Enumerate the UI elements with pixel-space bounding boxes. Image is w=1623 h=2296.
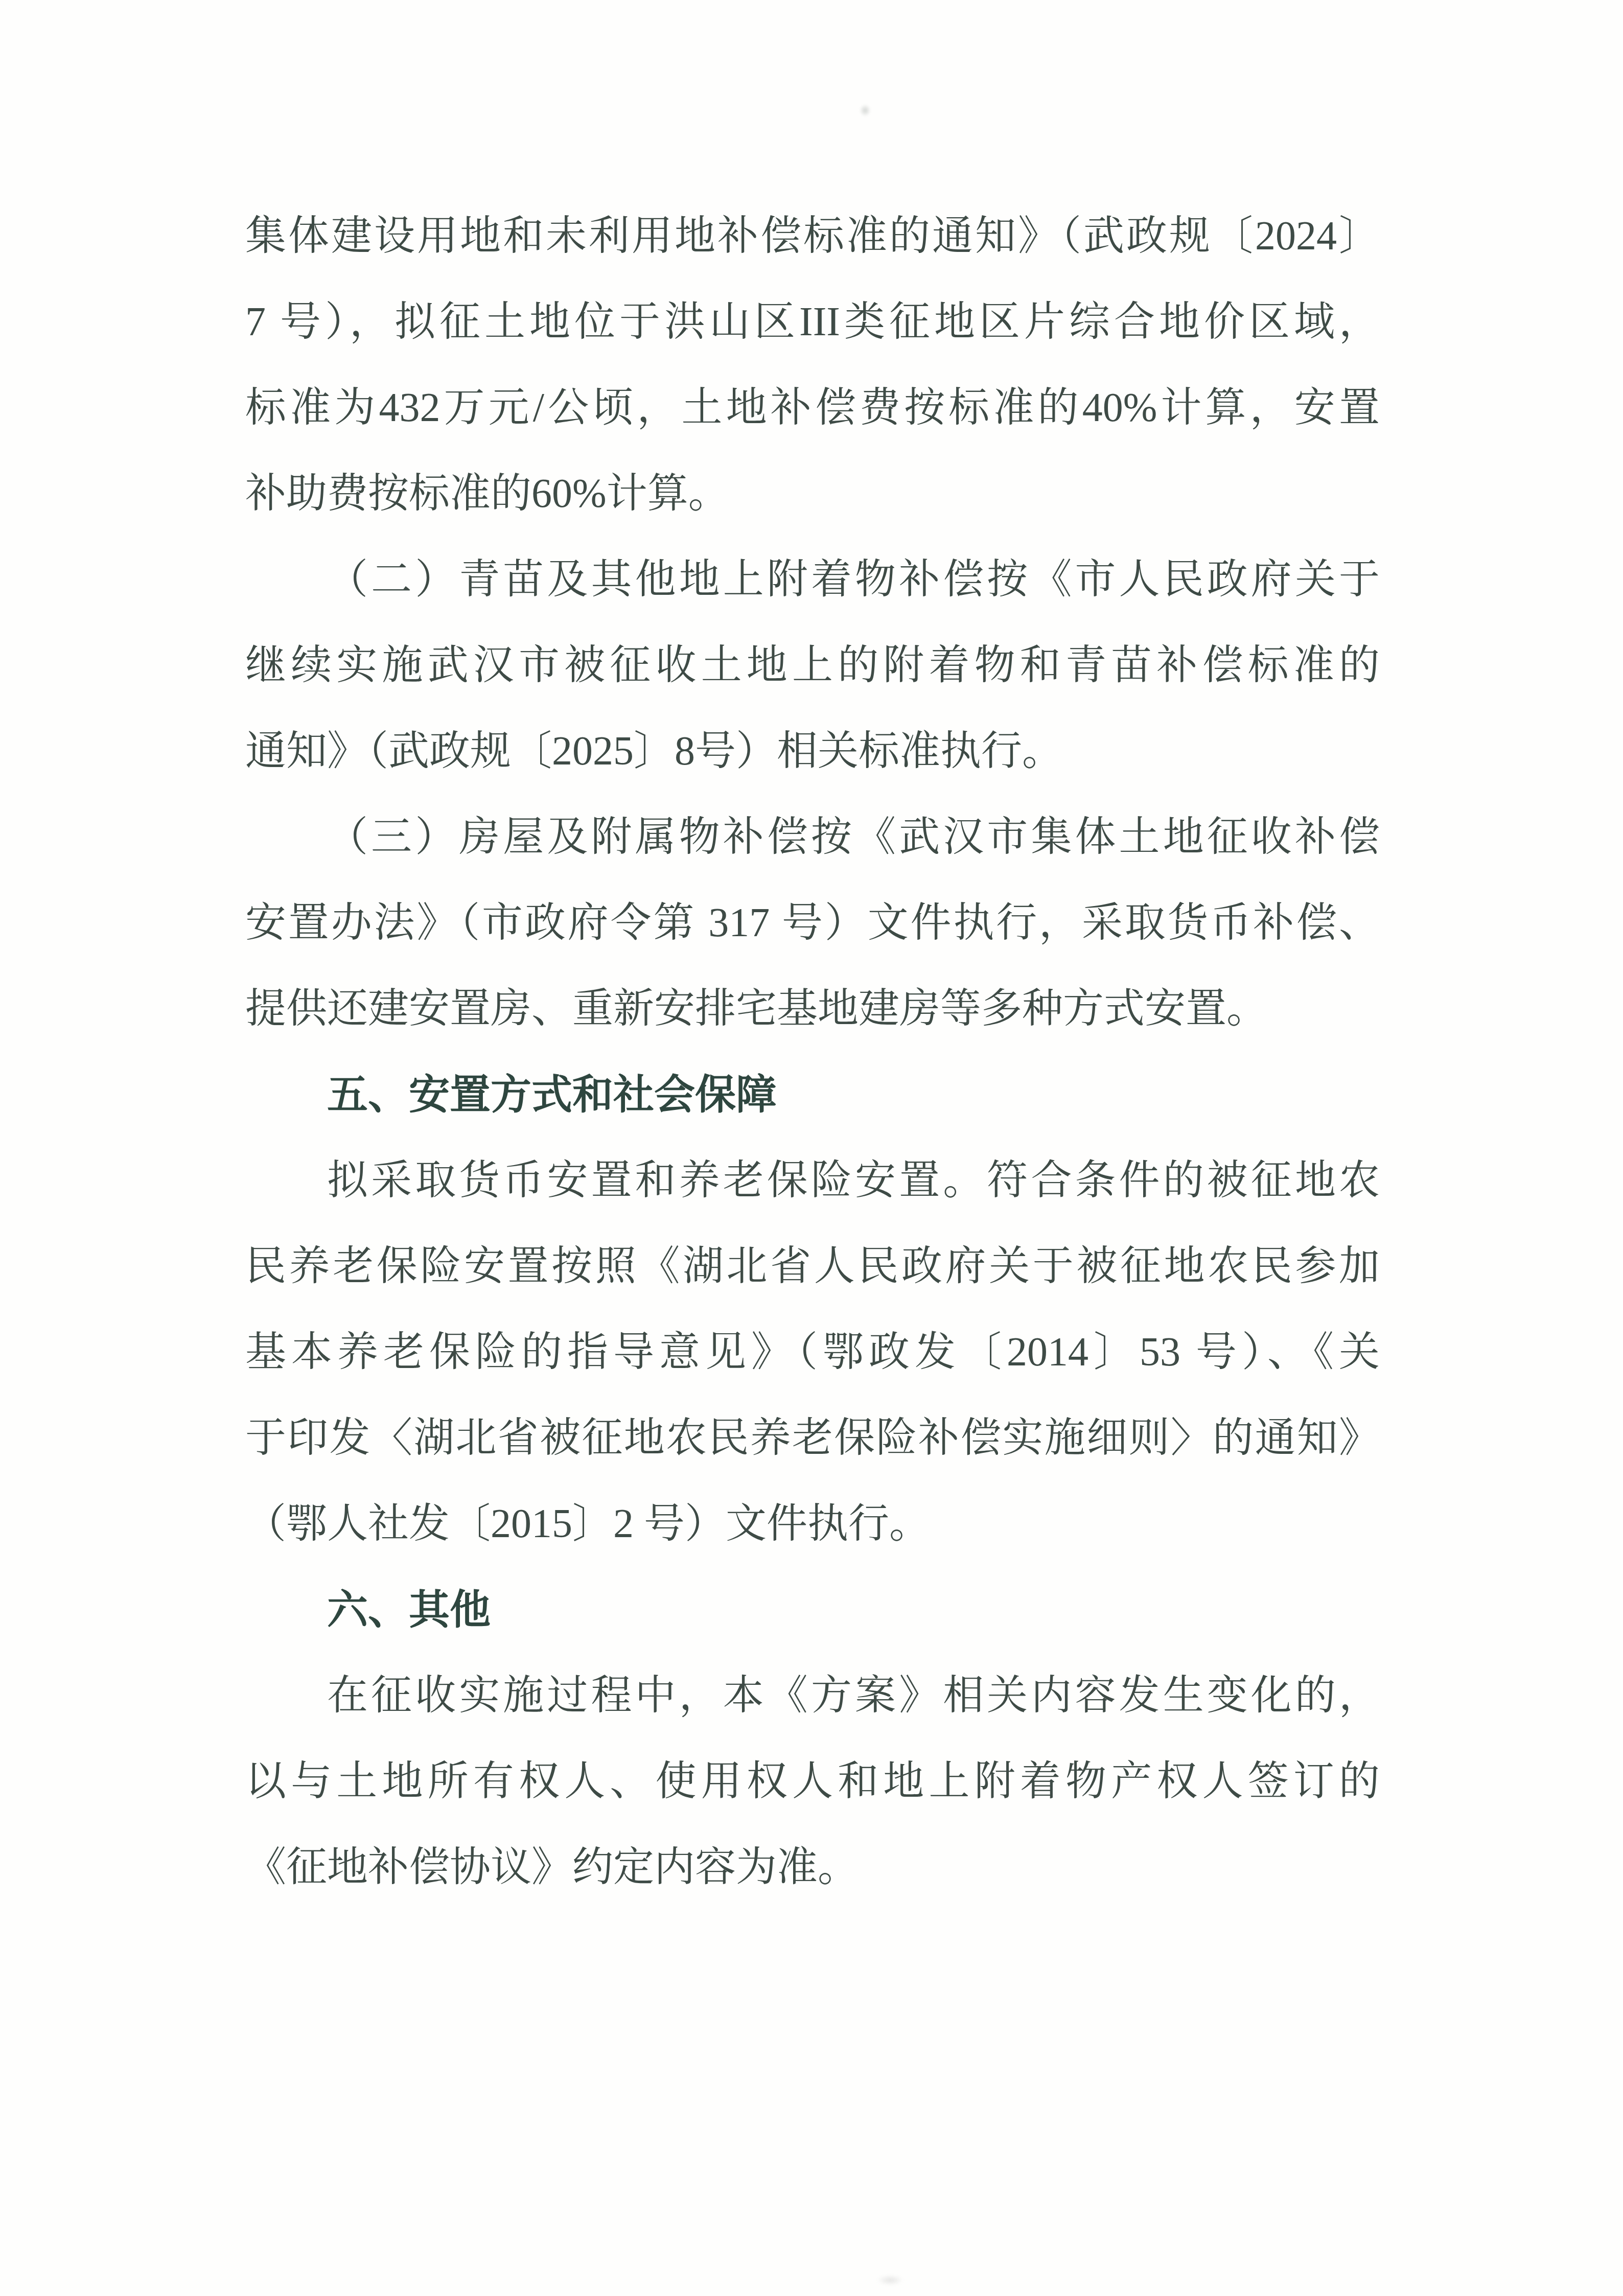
text-line: 补助费按标准的60%计算。 <box>245 451 1380 537</box>
text-line: 7 号），拟征土地位于洪山区III类征地区片综合地价区域， <box>245 279 1380 365</box>
paragraph: 在征收实施过程中，本《方案》相关内容发生变化的，以与土地所有权人、使用权人和地上… <box>245 1653 1380 1910</box>
paragraph: （三）房屋及附属物补偿按《武汉市集体土地征收补偿安置办法》（市政府令第 317 … <box>245 794 1380 1052</box>
paragraph: （二）青苗及其他地上附着物补偿按《市人民政府关于继续实施武汉市被征收土地上的附着… <box>245 537 1380 794</box>
scan-smudge-top <box>860 104 871 117</box>
text-line: 基本养老保险的指导意见》（鄂政发〔2014〕53 号）、《关 <box>245 1309 1380 1395</box>
text-line: 以与土地所有权人、使用权人和地上附着物产权人签订的 <box>245 1738 1380 1824</box>
text-line: 《征地补偿协议》约定内容为准。 <box>245 1824 1380 1910</box>
paragraph: 拟采取货币安置和养老保险安置。符合条件的被征地农民养老保险安置按照《湖北省人民政… <box>245 1138 1380 1567</box>
text-line: （二）青苗及其他地上附着物补偿按《市人民政府关于 <box>245 537 1380 622</box>
text-line: （三）房屋及附属物补偿按《武汉市集体土地征收补偿 <box>245 794 1380 880</box>
text-line: 在征收实施过程中，本《方案》相关内容发生变化的， <box>245 1653 1380 1738</box>
text-line: 继续实施武汉市被征收土地上的附着物和青苗补偿标准的 <box>245 622 1380 708</box>
text-line: 通知》（武政规〔2025〕8号）相关标准执行。 <box>245 708 1380 794</box>
text-line: 拟采取货币安置和养老保险安置。符合条件的被征地农 <box>245 1138 1380 1223</box>
text-line: 集体建设用地和未利用地补偿标准的通知》（武政规〔2024〕 <box>245 193 1380 279</box>
text-line: 提供还建安置房、重新安排宅基地建房等多种方式安置。 <box>245 966 1380 1052</box>
text-line: （鄂人社发〔2015〕2 号）文件执行。 <box>245 1481 1380 1567</box>
section-heading-text: 六、其他 <box>245 1567 1380 1653</box>
scan-smudge-bottom <box>877 2275 903 2285</box>
section-heading-text: 五、安置方式和社会保障 <box>245 1052 1380 1138</box>
document-page: { "theme": { "page_background": "#fefefd… <box>0 0 1623 2296</box>
document-text-block: 集体建设用地和未利用地补偿标准的通知》（武政规〔2024〕7 号），拟征土地位于… <box>245 193 1380 1910</box>
section-heading: 五、安置方式和社会保障 <box>245 1052 1380 1138</box>
text-line: 民养老保险安置按照《湖北省人民政府关于被征地农民参加 <box>245 1223 1380 1309</box>
text-line: 于印发〈湖北省被征地农民养老保险补偿实施细则〉的通知》 <box>245 1395 1380 1481</box>
page-canvas: 集体建设用地和未利用地补偿标准的通知》（武政规〔2024〕7 号），拟征土地位于… <box>0 0 1623 2296</box>
text-line: 标准为432万元/公顷，土地补偿费按标准的40%计算，安置 <box>245 365 1380 451</box>
paragraph: 集体建设用地和未利用地补偿标准的通知》（武政规〔2024〕7 号），拟征土地位于… <box>245 193 1380 537</box>
text-line: 安置办法》（市政府令第 317 号）文件执行，采取货币补偿、 <box>245 880 1380 966</box>
section-heading: 六、其他 <box>245 1567 1380 1653</box>
